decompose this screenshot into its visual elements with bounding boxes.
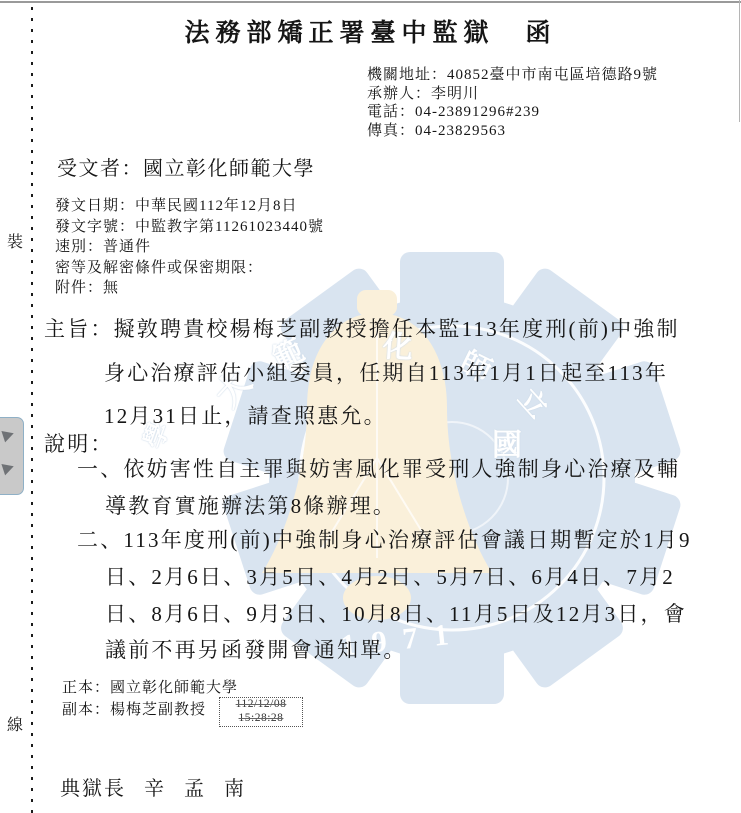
explanation-line: 日、8月6日、9月3日、10月8日、11月5日及12月3日，會 [105, 598, 687, 628]
warden-signature: 典獄長 辛 孟 南 [60, 772, 246, 801]
recipient-line: 受文者：國立彰化師範大學 [57, 152, 315, 181]
explanation-line: 議前不再另函發開會通知單。 [105, 634, 407, 664]
issue-date: 發文日期：中華民國112年12月8日 [55, 196, 324, 217]
subject-line: 身心治療評估小組委員，任期自113年1月1日起至113年 [104, 357, 668, 387]
stamp-time: 15:28:28 [220, 712, 302, 726]
explanation-line: 一、依妨害性自主罪與妨害風化罪受刑人強制身心治療及輔 [77, 453, 680, 483]
subject-line: 主旨：擬敦聘貴校楊梅芝副教授擔任本監113年度刑(前)中強制 [44, 313, 680, 343]
original-copy-line: 正本：國立彰化師範大學 [62, 676, 238, 697]
cc-copy-line: 副本：楊梅芝副教授 [62, 698, 206, 719]
explanation-line: 導教育實施辦法第8條辦理。 [105, 490, 396, 520]
agency-address: 機關地址：40852臺中市南屯區培德路9號 [367, 66, 658, 85]
issue-number: 發文字號：中監教字第11261023440號 [55, 217, 324, 238]
binding-mark-zhuang: 裝 [7, 229, 23, 252]
document-title: 法務部矯正署臺中監獄 函 [0, 13, 741, 49]
explanation-line: 日、2月6日、3月5日、4月2日、5月7日、6月4日、7月2 [105, 561, 675, 591]
expand-arrow-icon[interactable] [1, 461, 15, 476]
subject-line: 12月31日止，請查照惠允。 [104, 400, 387, 430]
contact-person: 承辦人：李明川 [367, 85, 658, 104]
binding-dotted-line [31, 7, 33, 813]
electronic-exchange-stamp: 112/12/08 15:28:28 [219, 697, 303, 727]
agency-contact-block: 機關地址：40852臺中市南屯區培德路9號 承辦人：李明川 電話：04-2389… [367, 66, 658, 140]
binding-mark-xian: 線 [7, 712, 23, 735]
stamp-date: 112/12/08 [220, 698, 302, 712]
expand-arrow-icon[interactable] [1, 428, 15, 443]
side-toolbar-widget[interactable] [0, 417, 24, 495]
speed-class: 速別：普通件 [55, 237, 324, 258]
contact-fax: 傳真：04-23829563 [367, 122, 658, 141]
explanation-line: 二、113年度刑(前)中強制身心治療評估會議日期暫定於1月9 [77, 524, 692, 554]
attachment: 附件：無 [55, 278, 324, 299]
contact-phone: 電話：04-23891296#239 [367, 103, 658, 122]
official-letter-page: 1971 學 大 範 化 師 立 國 裝 訂 線 法務部矯正署臺中監獄 函 機關… [0, 0, 741, 813]
document-meta-block: 發文日期：中華民國112年12月8日 發文字號：中監教字第11261023440… [55, 196, 324, 299]
security-class: 密等及解密條件或保密期限： [55, 258, 324, 279]
